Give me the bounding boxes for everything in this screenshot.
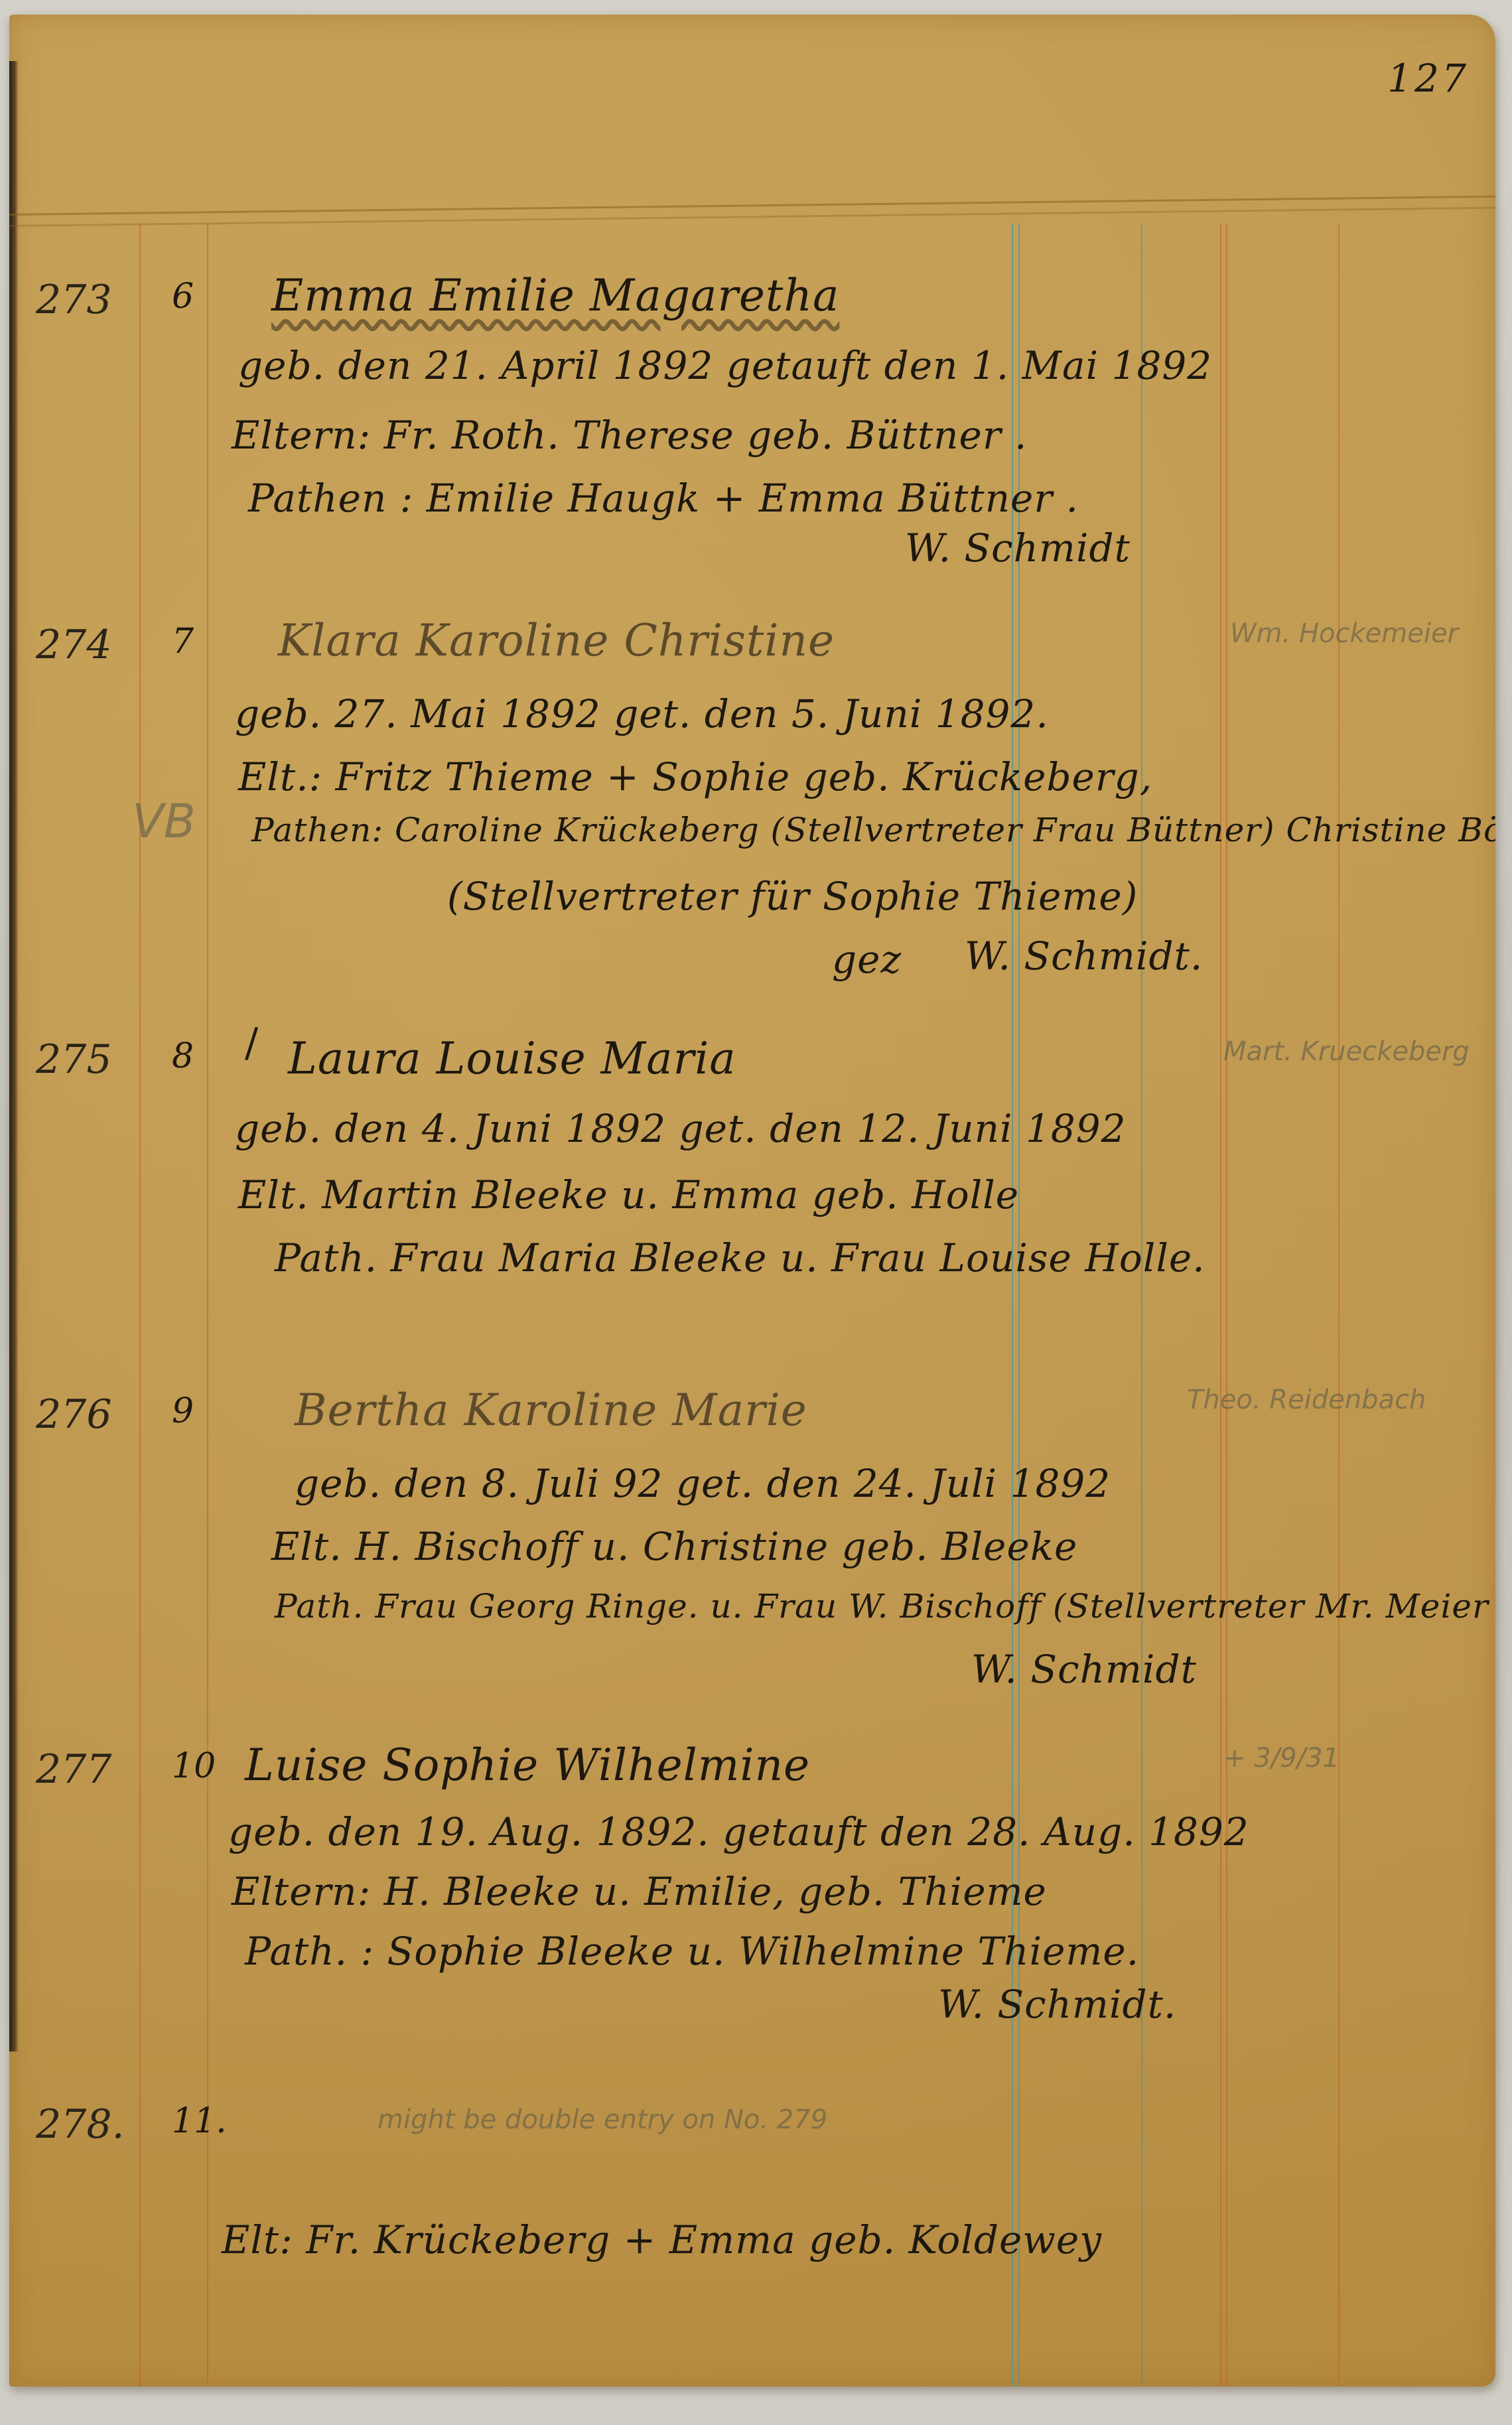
register-number: 273 (36, 277, 112, 323)
pastor-signature: W. Schmidt. (965, 934, 1203, 979)
sequence-number: 11. (172, 2101, 227, 2141)
godparents-continued: (Stellvertreter für Sophie Thieme) (447, 874, 1138, 919)
header-rule (9, 196, 1495, 227)
gez-mark: gez (832, 937, 902, 982)
column-rule-red-3 (1220, 224, 1221, 2387)
birth-baptism-dates: geb. den 4. Juni 1892 get. den 12. Juni … (235, 1106, 1127, 1151)
page-number: 127 (1387, 56, 1469, 101)
godparents: Path. : Sophie Bleeke u. Wilhelmine Thie… (245, 1929, 1139, 1974)
register-number: 276 (36, 1391, 112, 1438)
left-pencil-mark: VB (132, 794, 196, 849)
parents: Eltern: H. Bleeke u. Emilie, geb. Thieme (232, 1869, 1047, 1914)
parents: Elt: Fr. Krückeberg + Emma geb. Koldewey (222, 2217, 1102, 2262)
death-date-note: + 3/9/31 (1223, 1743, 1340, 1773)
child-name: Laura Louise Maria (288, 1033, 736, 1084)
parents: Eltern: Fr. Roth. Therese geb. Büttner . (232, 413, 1027, 458)
column-rule-register-no (139, 224, 141, 2387)
sequence-number: 8 (172, 1036, 194, 1076)
column-rule-red-4 (1226, 224, 1227, 2387)
godparents: Pathen : Emilie Haugk + Emma Büttner . (248, 476, 1079, 521)
register-number: 277 (36, 1746, 112, 1793)
page-binding-edge (9, 61, 19, 2051)
child-name: Luise Sophie Wilhelmine (245, 1740, 810, 1791)
column-rule-seq-no (207, 224, 208, 2387)
margin-note: Wm. Hockemeier (1230, 618, 1458, 649)
register-page: 127 273 6 Emma Emilie Magaretha geb. den… (9, 15, 1495, 2387)
birth-baptism-dates: geb. den 21. April 1892 getauft den 1. M… (238, 343, 1212, 388)
godparents: Path. Frau Maria Bleeke u. Frau Louise H… (275, 1235, 1205, 1281)
column-rule-red-5 (1338, 224, 1340, 2387)
pastor-signature: W. Schmidt (905, 525, 1131, 571)
pencil-note-double-entry: might be double entry on No. 279 (378, 2105, 827, 2135)
sequence-number: 7 (172, 622, 194, 661)
child-name: Emma Emilie Magaretha (271, 270, 839, 321)
margin-note: Mart. Krueckeberg (1223, 1036, 1470, 1067)
pastor-signature: W. Schmidt. (938, 1982, 1176, 2027)
parents: Elt. H. Bischoff u. Christine geb. Bleek… (271, 1524, 1077, 1569)
parents: Elt.: Fritz Thieme + Sophie geb. Krückeb… (238, 754, 1152, 799)
parents: Elt. Martin Bleeke u. Emma geb. Holle (238, 1172, 1019, 1217)
sequence-number: 10 (172, 1746, 216, 1786)
pastor-signature: W. Schmidt (971, 1647, 1197, 1692)
check-mark-icon: / (245, 1020, 258, 1066)
child-name: Bertha Karoline Marie (295, 1385, 807, 1436)
birth-baptism-dates: geb. den 8. Juli 92 get. den 24. Juli 18… (295, 1461, 1111, 1506)
birth-baptism-dates: geb. 27. Mai 1892 get. den 5. Juni 1892. (235, 691, 1049, 736)
register-number: 275 (36, 1036, 112, 1083)
register-number: 274 (36, 622, 112, 668)
child-name: Klara Karoline Christine (278, 615, 835, 666)
sequence-number: 6 (172, 277, 194, 316)
birth-baptism-dates: geb. den 19. Aug. 1892. getauft den 28. … (228, 1809, 1249, 1854)
godparents: Path. Frau Georg Ringe. u. Frau W. Bisch… (275, 1587, 1489, 1626)
sequence-number: 9 (172, 1391, 194, 1431)
godparents: Pathen: Caroline Krückeberg (Stellvertre… (251, 811, 1495, 849)
margin-note: Theo. Reidenbach (1187, 1385, 1426, 1415)
register-number: 278. (36, 2101, 125, 2148)
column-rule-blue-3 (1141, 224, 1142, 2387)
